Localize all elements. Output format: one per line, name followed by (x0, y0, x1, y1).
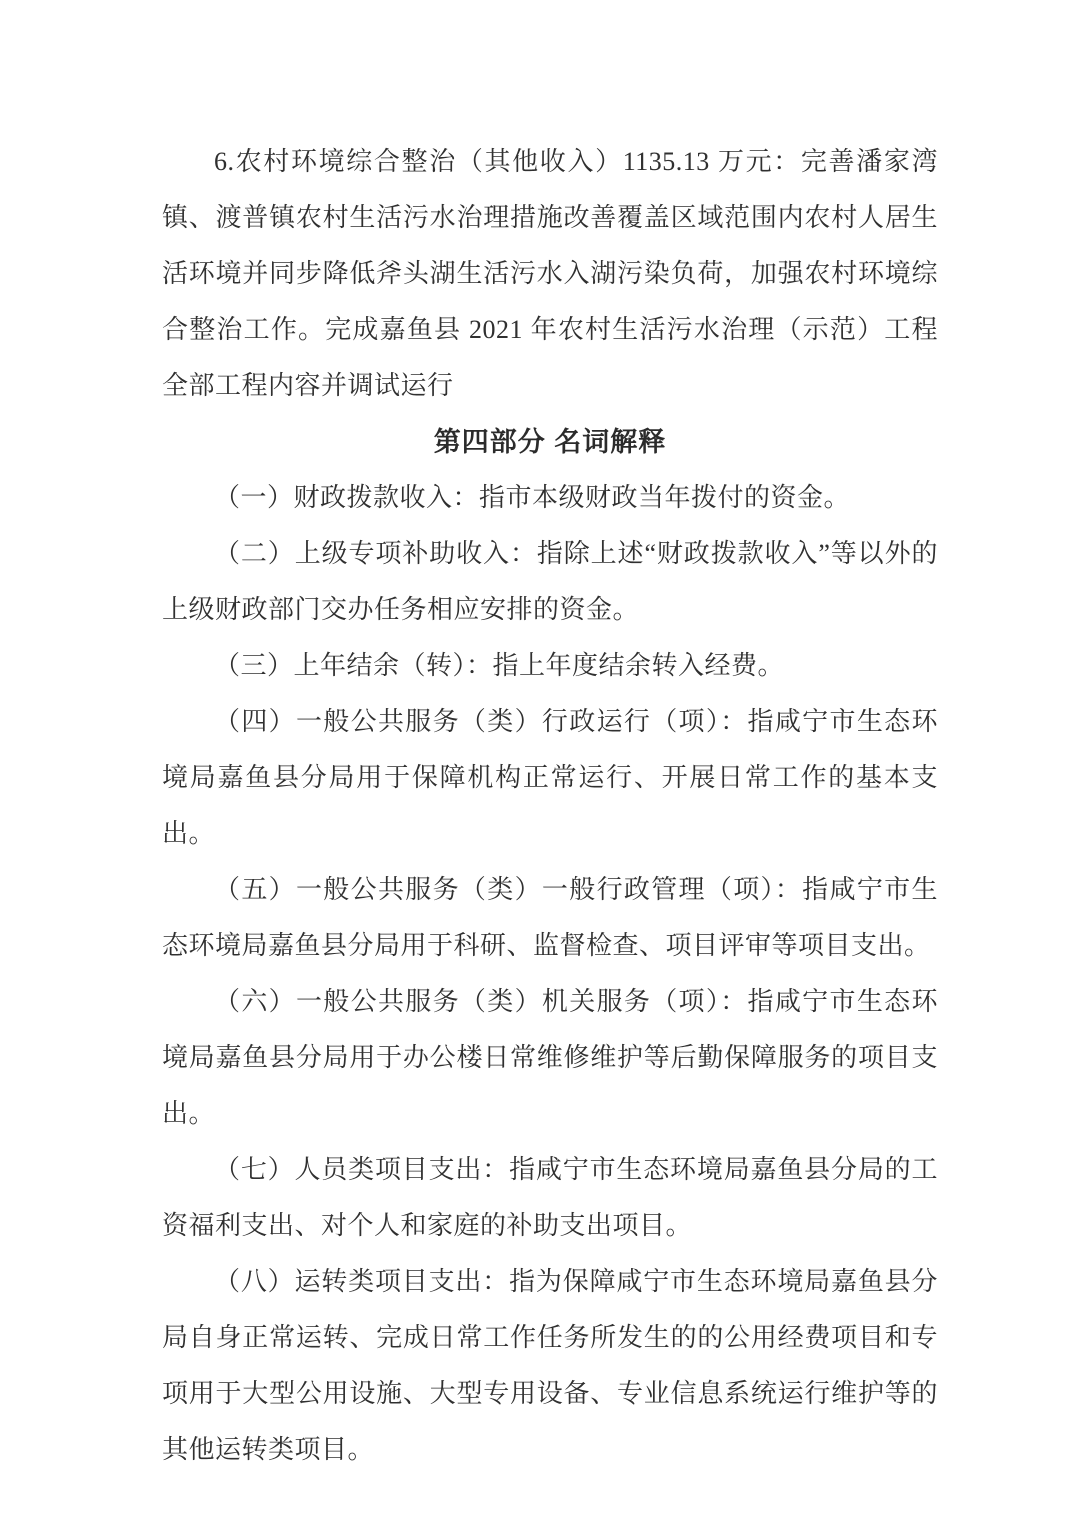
definition-item-2: （二）上级专项补助收入：指除上述“财政拨款收入”等以外的上级财政部门交办任务相应… (162, 526, 938, 638)
definition-item-1: （一）财政拨款收入：指市本级财政当年拨付的资金。 (162, 470, 938, 526)
section-heading: 第四部分 名词解释 (162, 414, 938, 470)
definition-item-6: （六）一般公共服务（类）机关服务（项）：指咸宁市生态环境局嘉鱼县分局用于办公楼日… (162, 974, 938, 1142)
document-page: 6.农村环境综合整治（其他收入）1135.13 万元：完善潘家湾镇、渡普镇农村生… (0, 0, 1074, 1520)
definition-item-7: （七）人员类项目支出：指咸宁市生态环境局嘉鱼县分局的工资福利支出、对个人和家庭的… (162, 1142, 938, 1254)
definition-item-8: （八）运转类项目支出：指为保障咸宁市生态环境局嘉鱼县分局自身正常运转、完成日常工… (162, 1254, 938, 1478)
definition-item-4: （四）一般公共服务（类）行政运行（项）：指咸宁市生态环境局嘉鱼县分局用于保障机构… (162, 694, 938, 862)
intro-paragraph: 6.农村环境综合整治（其他收入）1135.13 万元：完善潘家湾镇、渡普镇农村生… (162, 134, 938, 414)
definition-item-5: （五）一般公共服务（类）一般行政管理（项）：指咸宁市生态环境局嘉鱼县分局用于科研… (162, 862, 938, 974)
document-content: 6.农村环境综合整治（其他收入）1135.13 万元：完善潘家湾镇、渡普镇农村生… (162, 134, 938, 1478)
definition-item-3: （三）上年结余（转）：指上年度结余转入经费。 (162, 638, 938, 694)
